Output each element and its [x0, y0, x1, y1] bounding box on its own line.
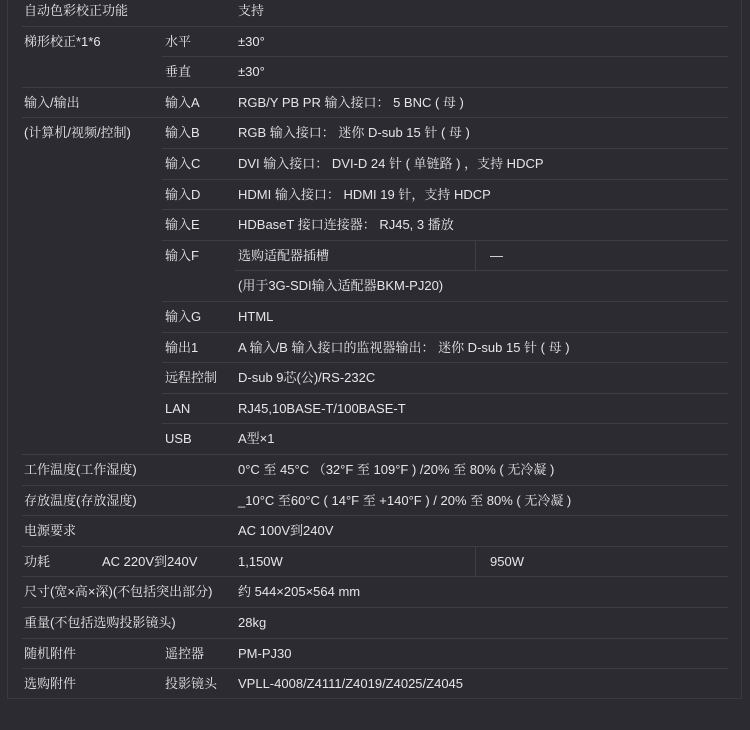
row-label: 随机附件 — [24, 639, 76, 670]
row-sublabel: 输入D — [165, 180, 200, 211]
table-row: 工作温度(工作湿度) 0°C 至 45°C （32°F 至 109°F ) /2… — [0, 455, 750, 486]
row-value: RJ45,10BASE-T/100BASE-T — [238, 394, 406, 425]
row-value: D-sub 9芯(公)/RS-232C — [238, 363, 375, 394]
table-row: 选购附件 投影镜头 VPLL-4008/Z4111/Z4019/Z4025/Z4… — [0, 669, 750, 700]
table-row: 输入C DVI 输入接口： DVI-D 24 针 ( 单链路 ) ，支持 HDC… — [0, 149, 750, 180]
row-sublabel: 垂直 — [165, 57, 191, 88]
table-row: 自动色彩校正功能 支持 — [0, 0, 750, 27]
table-row: 电源要求 AC 100V到240V — [0, 516, 750, 547]
table-row: 尺寸(宽×高×深)(不包括突出部分) 约 544×205×564 mm — [0, 577, 750, 608]
row-label: 工作温度(工作湿度) — [24, 455, 137, 486]
row-value: 0°C 至 45°C （32°F 至 109°F ) /20% 至 80% ( … — [238, 455, 554, 486]
row-label: 尺寸(宽×高×深)(不包括突出部分) — [24, 577, 213, 608]
row-label: 重量(不包括选购投影镜头) — [24, 608, 176, 639]
row-sublabel: 输入F — [165, 241, 199, 272]
row-sublabel: 输入A — [165, 88, 200, 119]
table-row: 输出1 A 输入/B 输入接口的监视器输出： 迷你 D-sub 15 针 ( 母… — [0, 333, 750, 364]
column-divider — [475, 547, 476, 578]
row-value: ±30° — [238, 27, 265, 58]
table-row: 存放温度(存放湿度) _10°C 至60°C ( 14°F 至 +140°F )… — [0, 486, 750, 517]
table-row: LAN RJ45,10BASE-T/100BASE-T — [0, 394, 750, 425]
table-row: (用于3G-SDI输入适配器BKM-PJ20) — [0, 271, 750, 302]
table-row: 梯形校正*1*6 水平 ±30° — [0, 27, 750, 58]
table-row: 远程控制 D-sub 9芯(公)/RS-232C — [0, 363, 750, 394]
row-label: 功耗 — [24, 547, 50, 578]
table-row: 输入D HDMI 输入接口： HDMI 19 针，支持 HDCP — [0, 180, 750, 211]
row-sublabel: 输入C — [165, 149, 200, 180]
row-value: AC 100V到240V — [238, 516, 333, 547]
row-value: A型×1 — [238, 424, 275, 455]
column-divider — [475, 241, 476, 272]
row-value: 28kg — [238, 608, 266, 639]
row-sublabel: 水平 — [165, 27, 191, 58]
table-row: 重量(不包括选购投影镜头) 28kg — [0, 608, 750, 639]
row-sublabel: USB — [165, 424, 192, 455]
table-row: 随机附件 遥控器 PM-PJ30 — [0, 639, 750, 670]
table-row: 输入/输出 输入A RGB/Y PB PR 输入接口： 5 BNC ( 母 ) — [0, 88, 750, 119]
table-row: 输入F 选购适配器插槽 — — [0, 241, 750, 272]
table-row: (计算机/视频/控制) 输入B RGB 输入接口： 迷你 D-sub 15 针 … — [0, 118, 750, 149]
row-value: 支持 — [238, 0, 264, 27]
table-row: USB A型×1 — [0, 424, 750, 455]
row-value: VPLL-4008/Z4111/Z4019/Z4025/Z4045 — [238, 669, 463, 700]
row-value-secondary: — — [490, 241, 503, 272]
row-label: 梯形校正*1*6 — [24, 27, 101, 58]
row-value: RGB/Y PB PR 输入接口： 5 BNC ( 母 ) — [238, 88, 464, 119]
table-row: 输入E HDBaseT 接口连接器： RJ45, 3 播放 — [0, 210, 750, 241]
row-value: _10°C 至60°C ( 14°F 至 +140°F ) / 20% 至 80… — [238, 486, 571, 517]
row-label: 电源要求 — [24, 516, 76, 547]
row-sublabel: 输出1 — [165, 333, 198, 364]
row-label: (计算机/视频/控制) — [24, 118, 131, 149]
row-value: 选购适配器插槽 — [238, 241, 329, 272]
row-sublabel: 远程控制 — [165, 363, 217, 394]
row-label: 存放温度(存放湿度) — [24, 486, 137, 517]
row-label: 选购附件 — [24, 669, 76, 700]
row-sublabel: AC 220V到240V — [102, 547, 197, 578]
row-label: 输入/输出 — [24, 88, 80, 119]
row-sublabel: 输入E — [165, 210, 200, 241]
row-value: HDMI 输入接口： HDMI 19 针，支持 HDCP — [238, 180, 491, 211]
row-sublabel: 输入G — [165, 302, 201, 333]
row-value: DVI 输入接口： DVI-D 24 针 ( 单链路 ) ，支持 HDCP — [238, 149, 544, 180]
row-value: HTML — [238, 302, 273, 333]
row-sublabel: 遥控器 — [165, 639, 204, 670]
row-value: HDBaseT 接口连接器： RJ45, 3 播放 — [238, 210, 454, 241]
row-sublabel: 投影镜头 — [165, 669, 217, 700]
row-sublabel: 输入B — [165, 118, 200, 149]
row-value: (用于3G-SDI输入适配器BKM-PJ20) — [238, 271, 443, 302]
row-value-secondary: 950W — [490, 547, 524, 578]
table-row: 功耗 AC 220V到240V 1,150W 950W — [0, 547, 750, 578]
table-row: 垂直 ±30° — [0, 57, 750, 88]
table-row: 输入G HTML — [0, 302, 750, 333]
row-value: A 输入/B 输入接口的监视器输出： 迷你 D-sub 15 针 ( 母 ) — [238, 333, 570, 364]
row-value: RGB 输入接口： 迷你 D-sub 15 针 ( 母 ) — [238, 118, 470, 149]
row-value: PM-PJ30 — [238, 639, 291, 670]
row-value: 约 544×205×564 mm — [238, 577, 360, 608]
row-value: ±30° — [238, 57, 265, 88]
row-value: 1,150W — [238, 547, 283, 578]
row-label: 自动色彩校正功能 — [24, 0, 128, 27]
row-sublabel: LAN — [165, 394, 190, 425]
